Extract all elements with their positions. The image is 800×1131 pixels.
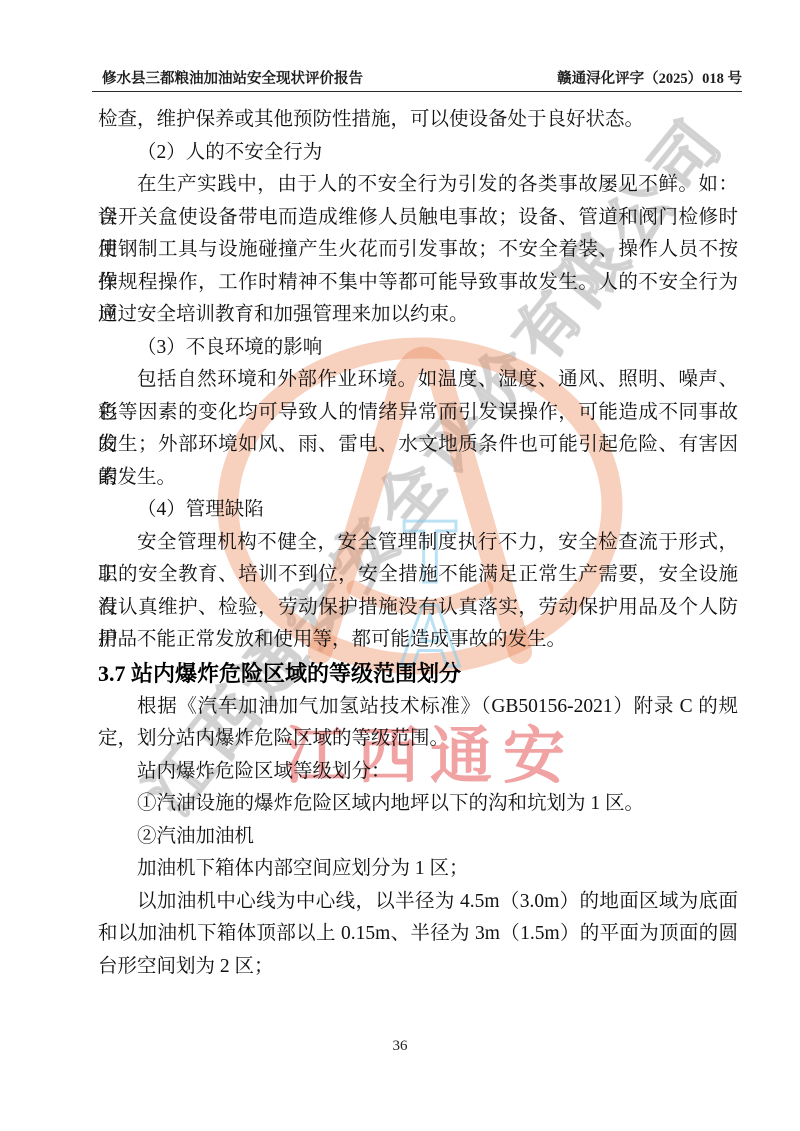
text-line: 和以加油机下箱体顶部以上 0.15m、半径为 3m（1.5m）的平面为顶面的圆 (98, 918, 738, 951)
header-divider (92, 91, 742, 92)
header-doc-number: 赣通浔化评字（2025）018 号 (557, 67, 742, 88)
text-line: （4）管理缺陷 (98, 494, 738, 527)
header-report-title: 修水县三都粮油加油站安全现状评价报告 (102, 67, 363, 88)
text-line: 作规程操作，工作时精神不集中等都可能导致事故发生。人的不安全行为应 (98, 267, 738, 300)
text-line: 合开关盒使设备带电而造成维修人员触电事故；设备、管道和阀门检修时使 (98, 202, 738, 235)
text-line: 发生；外部环境如风、雨、雷电、水文地质条件也可能引起危险、有害因素 (98, 429, 738, 462)
text-line: 包括自然环境和外部作业环境。如温度、湿度、通风、照明、噪声、色 (98, 364, 738, 397)
text-line: 工的安全教育、培训不到位，安全措施不能满足正常生产需要，安全设施没 (98, 559, 738, 592)
text-line: （3）不良环境的影响 (98, 332, 738, 365)
text-line: 用钢制工具与设施碰撞产生火花而引发事故；不安全着装、操作人员不按操 (98, 234, 738, 267)
text-line: 以加油机中心线为中心线，以半径为 4.5m（3.0m）的地面区域为底面 (98, 886, 738, 919)
page-header: 修水县三都粮油加油站安全现状评价报告 赣通浔化评字（2025）018 号 (92, 64, 742, 88)
text-line: 台形空间划为 2 区； (98, 951, 738, 984)
text-line: ②汽油加油机 (98, 821, 738, 854)
text-line: 安全管理机构不健全，安全管理制度执行不力，安全检查流于形式，职 (98, 527, 738, 560)
document-page: 修水县三都粮油加油站安全现状评价报告 赣通浔化评字（2025）018 号 江西通… (0, 0, 800, 1131)
text-line: 检查，维护保养或其他预防性措施，可以使设备处于良好状态。 (98, 104, 738, 137)
text-line: 的发生。 (98, 462, 738, 495)
text-line: 彩等因素的变化均可导致人的情绪异常而引发误操作，可能造成不同事故的 (98, 397, 738, 430)
text-line: 加油机下箱体内部空间应划分为 1 区； (98, 853, 738, 886)
text-line: 在生产实践中，由于人的不安全行为引发的各类事故屡见不鲜。如：误 (98, 169, 738, 202)
section-heading: 3.7 站内爆炸危险区域的等级范围划分 (98, 657, 738, 691)
text-line: 有认真维护、检验，劳动保护措施没有认真落实，劳动保护用品及个人防护 (98, 592, 738, 625)
text-line: （2）人的不安全行为 (98, 137, 738, 170)
document-body: 检查，维护保养或其他预防性措施，可以使设备处于良好状态。 （2）人的不安全行为 … (98, 104, 738, 983)
text-line: 定，划分站内爆炸危险区域的等级范围。 (98, 723, 738, 756)
text-line: ①汽油设施的爆炸危险区域内地坪以下的沟和坑划为 1 区。 (98, 788, 738, 821)
text-line: 用品不能正常发放和使用等，都可能造成事故的发生。 (98, 624, 738, 657)
text-line: 站内爆炸危险区域等级划分： (98, 756, 738, 789)
text-line: 通过安全培训教育和加强管理来加以约束。 (98, 299, 738, 332)
page-number: 36 (0, 1038, 800, 1055)
text-line: 根据《汽车加油加气加氢站技术标准》（GB50156-2021）附录 C 的规 (98, 691, 738, 724)
